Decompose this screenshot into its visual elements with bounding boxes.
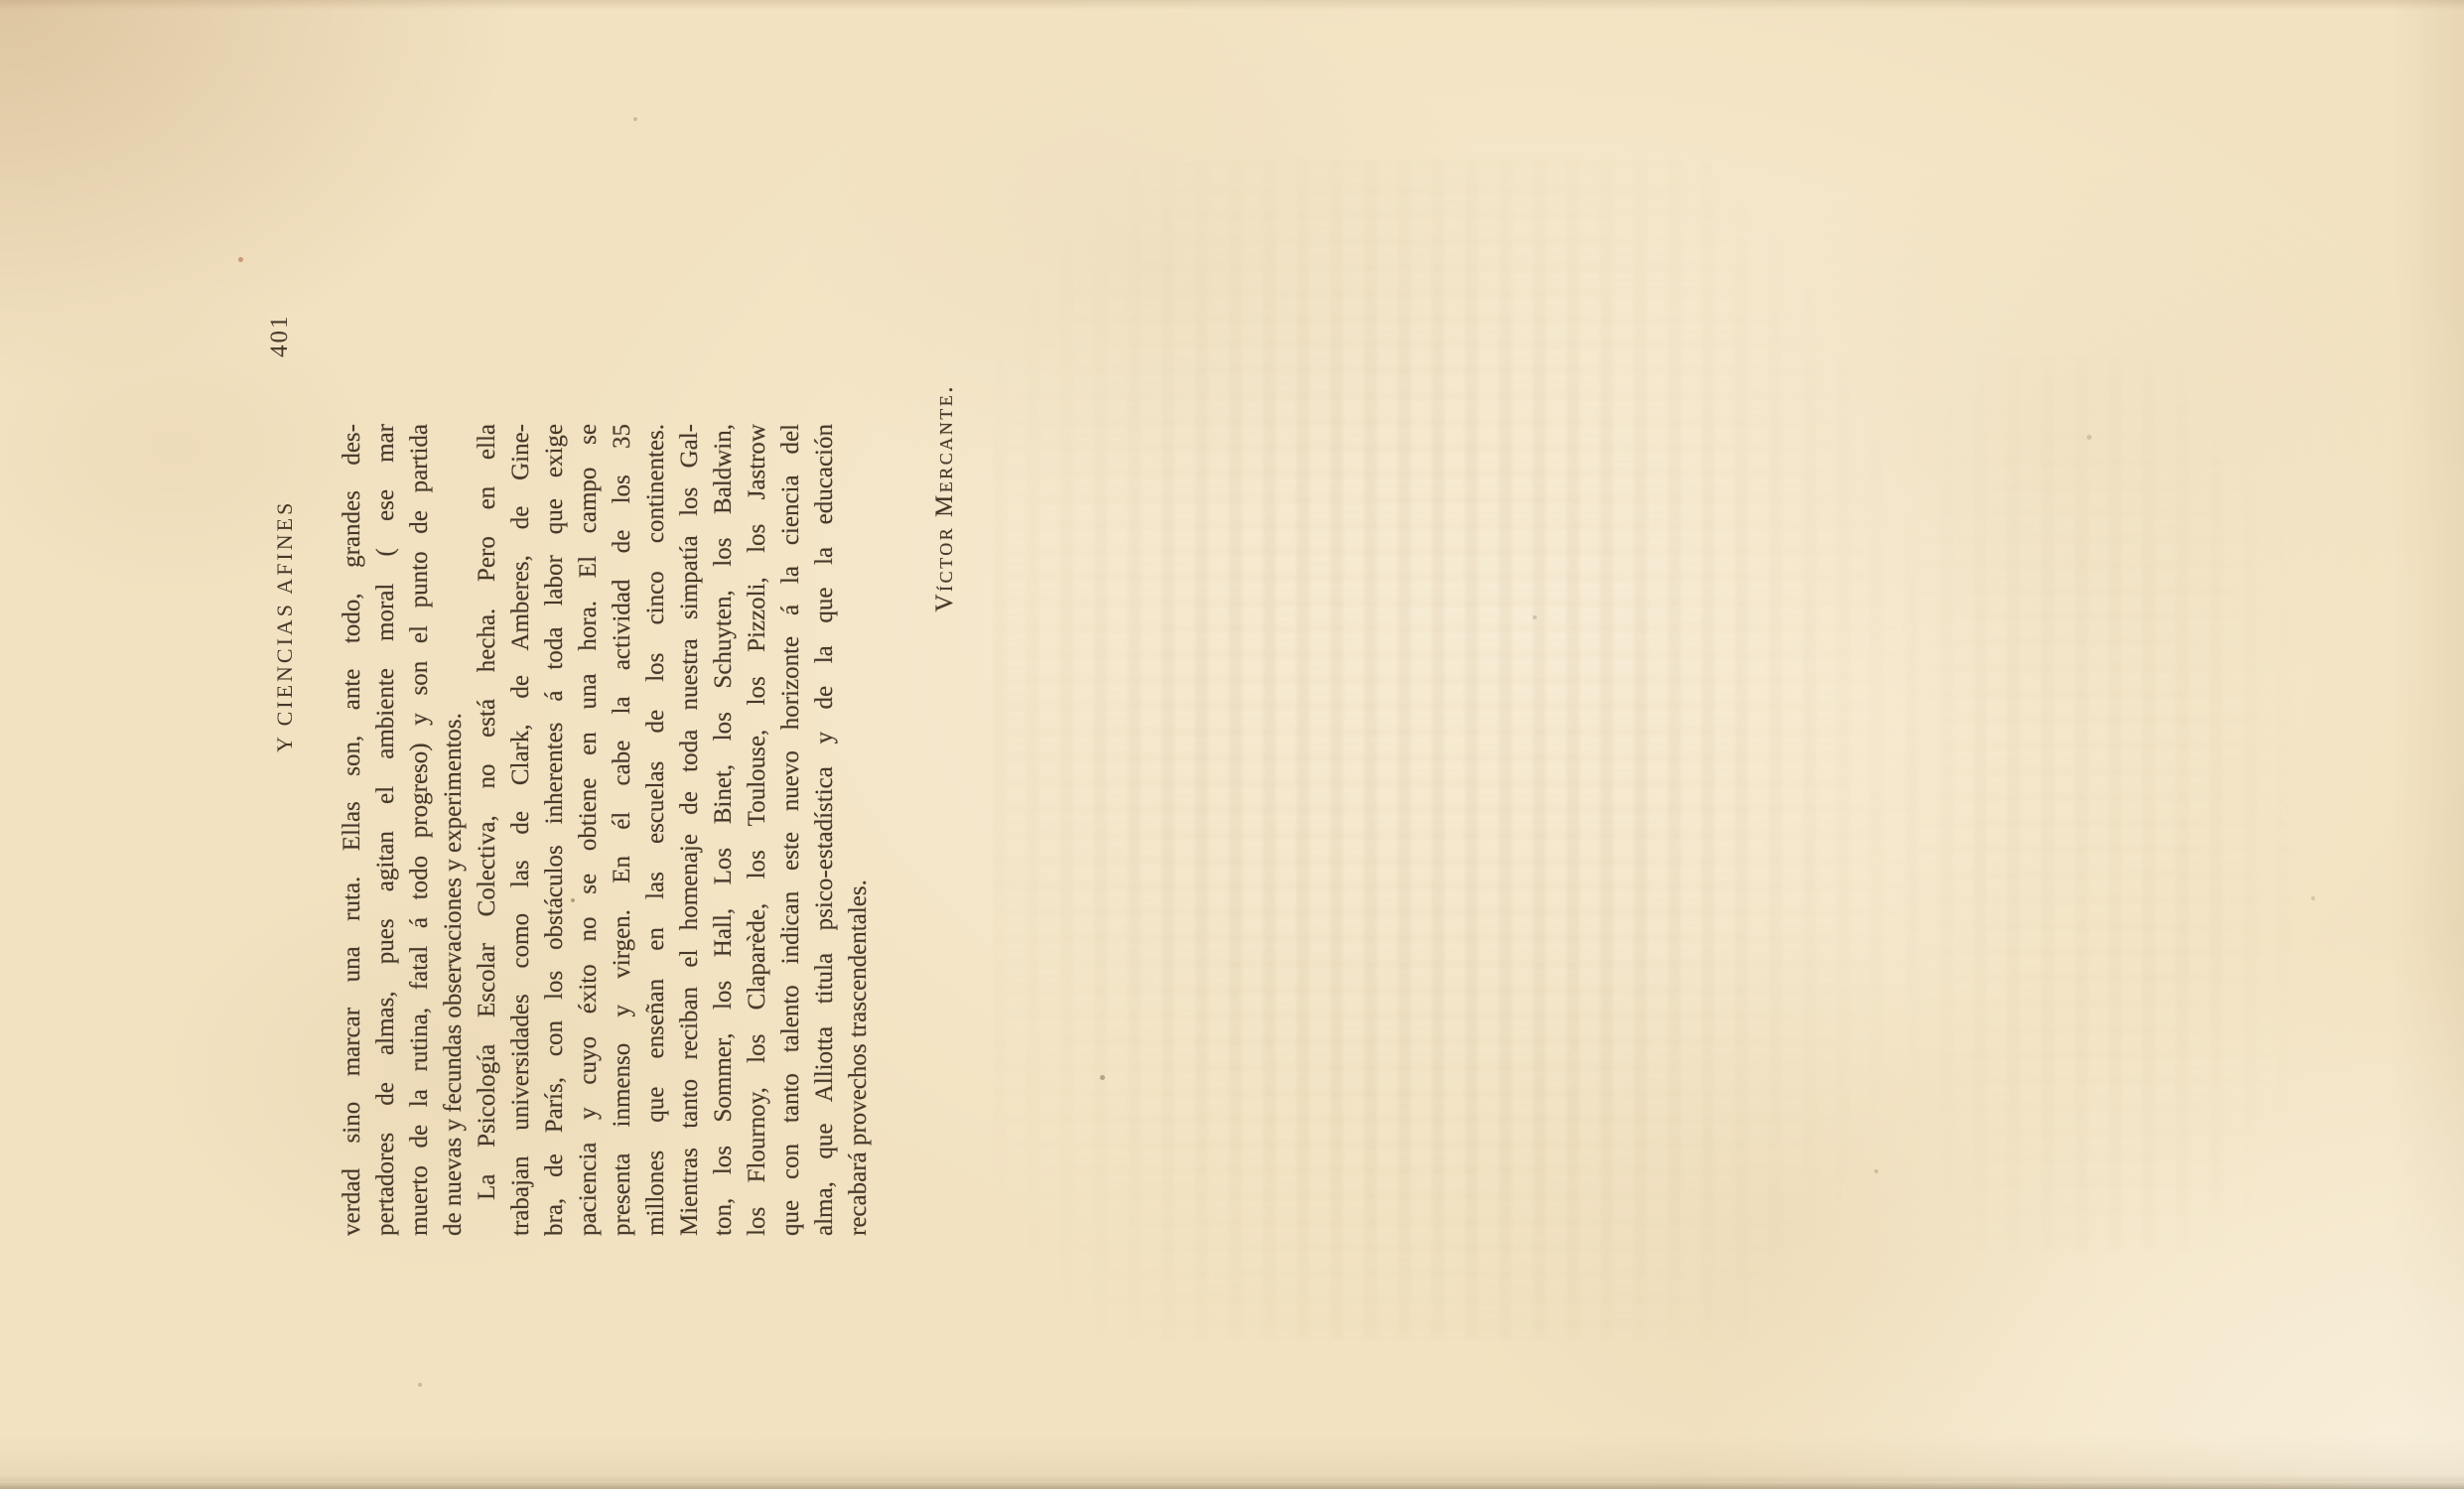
- author-signature: Víctor Mercante.: [931, 384, 959, 1236]
- text-line: ton, los Sommer, los Hall, Los Binet, lo…: [707, 424, 741, 1236]
- text-line: que con tanto talento indican este nuevo…: [774, 424, 808, 1236]
- text-block: verdad sino marcar una ruta. Ellas son, …: [336, 424, 876, 1236]
- text-line: trabajan universidades como las de Clark…: [504, 424, 538, 1236]
- page-number: 401: [266, 315, 294, 358]
- scanned-page-background: Y CIENCIAS AFINES 401 verdad sino marcar…: [0, 0, 2464, 1489]
- text-line: los Flournoy, los Claparède, los Toulous…: [741, 424, 774, 1236]
- text-line: bra, de París, con los obstáculos inhere…: [538, 424, 572, 1236]
- text-line: Mientras tanto reciban el homenaje de to…: [673, 424, 707, 1236]
- scan-bottom-edge: [0, 1475, 2464, 1489]
- text-line: paciencia y cuyo éxito no se obtiene en …: [572, 424, 606, 1236]
- book-page: Y CIENCIAS AFINES 401 verdad sino marcar…: [0, 0, 2464, 1489]
- text-line: pertadores de almas, pues agitan el ambi…: [369, 424, 403, 1236]
- text-line: alma, que Alliotta titula psico-estadíst…: [808, 424, 842, 1236]
- text-line: recabará provechos trascendentales.: [842, 424, 876, 1236]
- text-line: La Psicología Escolar Colectiva, no está…: [471, 424, 504, 1236]
- text-line: verdad sino marcar una ruta. Ellas son, …: [336, 424, 369, 1236]
- text-line: de nuevas y fecundas observaciones y exp…: [437, 424, 471, 1236]
- text-line: presenta inmenso y virgen. En él cabe la…: [606, 424, 639, 1236]
- reverse-side-show-through: [993, 159, 1946, 1340]
- reverse-side-show-through-lower: [1906, 357, 2323, 1251]
- text-line: muerto de la rutina, fatal á todo progre…: [403, 424, 437, 1236]
- text-line: millones que enseñan en las escuelas de …: [639, 424, 673, 1236]
- running-header-title: Y CIENCIAS AFINES: [272, 500, 298, 752]
